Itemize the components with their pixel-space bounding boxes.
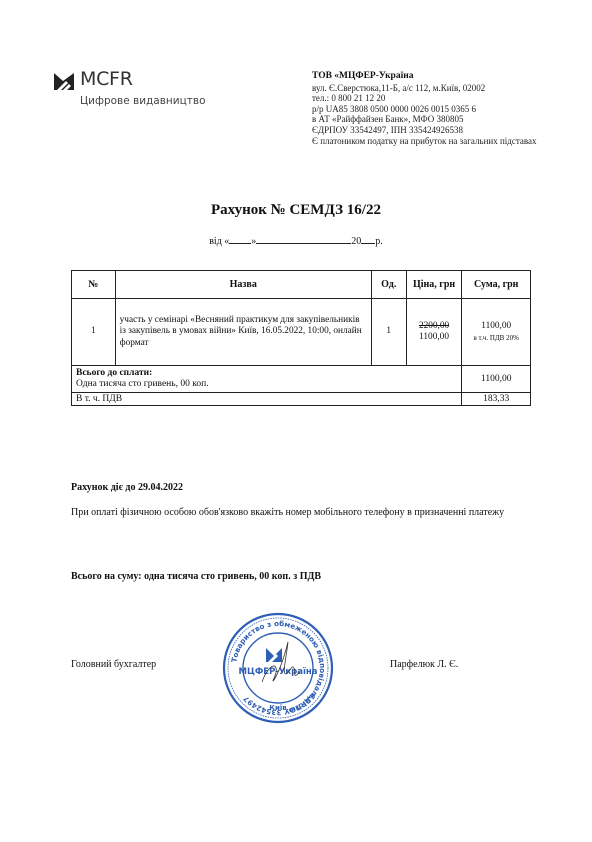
date-suffix: р. [375,236,383,247]
total-label: Всього до сплати: [76,368,152,378]
company-details: ТОВ «МЦФЕР-Україна вул. Є.Сверстюка,11-Б… [312,71,542,146]
logo-brand: MCFR [80,68,133,90]
total-label-cell: Всього до сплати: Одна тисяча сто гривен… [72,366,462,393]
header-price: Ціна, грн [406,271,462,299]
total-words: Одна тисяча сто гривень, 00 коп. [76,379,209,389]
company-codes: ЄДРПОУ 33542497, ІПН 335424926538 [312,125,542,136]
row-unit: 1 [371,299,406,366]
company-phone: тел.: 0 800 21 12 20 [312,93,542,104]
year-blank [361,234,375,244]
company-logo: MCFR Цифрове видавництво [54,70,254,115]
accountant-name: Парфелюк Л. Є. [390,659,458,670]
row-sum: 1100,00 в т.ч. ПДВ 20% [462,299,531,366]
invoice-date-line: від «»20р. [0,234,592,247]
header-name: Назва [115,271,371,299]
row-price: 2200,00 1100,00 [406,299,462,366]
vat-value: 183,33 [462,393,531,406]
invoice-title: Рахунок № СЕМДЗ 16/22 [0,202,592,219]
date-prefix: від « [209,236,229,247]
day-blank [229,234,251,244]
header-unit: Од. [371,271,406,299]
header-num: № [72,271,116,299]
row-name: участь у семінарі «Весняний практикум дл… [115,299,371,366]
accountant-label: Головний бухгалтер [71,659,156,670]
valid-until: Рахунок діє до 29.04.2022 [71,482,183,493]
company-name: ТОВ «МЦФЕР-Україна [312,71,542,82]
logo-subtitle: Цифрове видавництво [80,95,206,107]
row-num: 1 [72,299,116,366]
invoice-table: № Назва Од. Ціна, грн Сума, грн 1 участь… [71,270,531,406]
vat-row: В т. ч. ПДВ 183,33 [72,393,531,406]
month-blank [256,234,351,244]
company-address: вул. Є.Сверстюка,11-Б, а/с 112, м.Київ, … [312,83,542,94]
total-row: Всього до сплати: Одна тисяча сто гривен… [72,366,531,393]
company-stamp-icon: Товариство з обмеженою відповідальністю … [222,612,334,724]
vat-label: В т. ч. ПДВ [72,393,462,406]
row-sum-value: 1100,00 [481,321,511,331]
total-value: 1100,00 [462,366,531,393]
company-tax-status: Є платоником податку на прибуток на зага… [312,136,542,147]
company-account: р/р UA85 3808 0500 0000 0026 0015 0365 6 [312,104,542,115]
table-row: 1 участь у семінарі «Весняний практикум … [72,299,531,366]
table-header-row: № Назва Од. Ціна, грн Сума, грн [72,271,531,299]
date-year: 20 [351,236,361,247]
payment-note: При оплаті фізичною особою обов'язково в… [71,507,531,520]
new-price: 1100,00 [419,332,449,342]
old-price: 2200,00 [419,321,449,331]
stamp-city: Київ [269,704,287,712]
row-vat-note: в т.ч. ПДВ 20% [466,333,526,343]
company-bank: в АТ «Райффайзен Банк», МФО 380805 [312,114,542,125]
header-sum: Сума, грн [462,271,531,299]
sum-in-words: Всього на суму: одна тисяча сто гривень,… [71,571,321,582]
mcfr-logo-icon [54,73,74,90]
